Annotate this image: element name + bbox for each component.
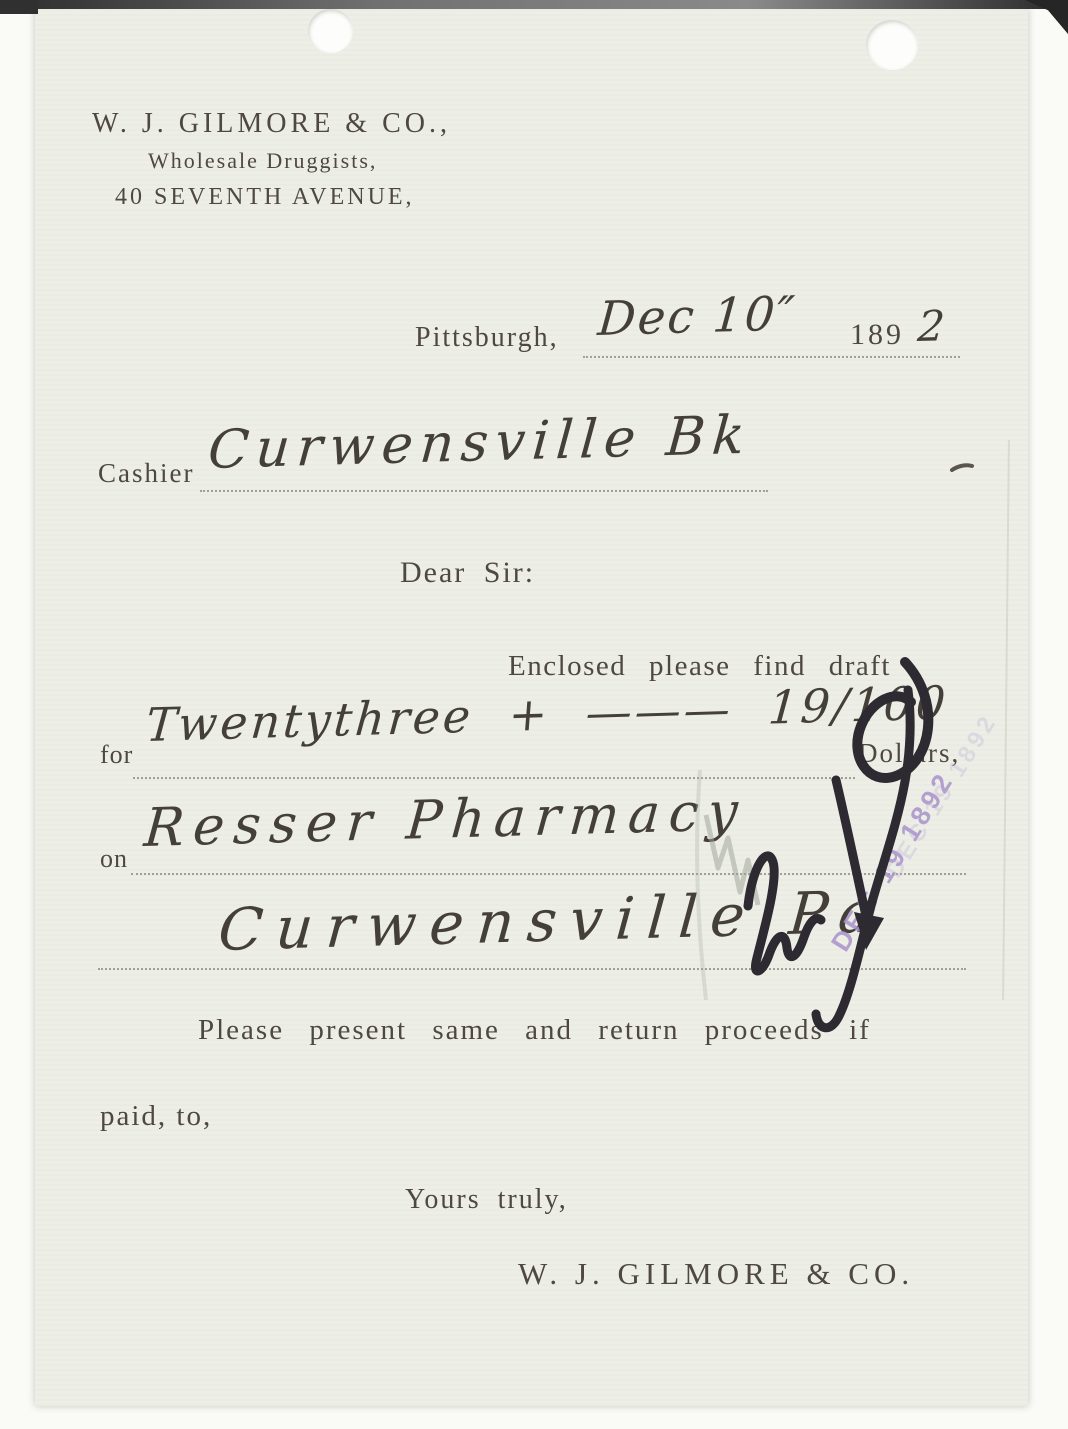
ink-flourish-initials: [0, 0, 1068, 1429]
scanned-letter-document: W. J. GILMORE & CO., Wholesale Druggists…: [0, 0, 1068, 1429]
